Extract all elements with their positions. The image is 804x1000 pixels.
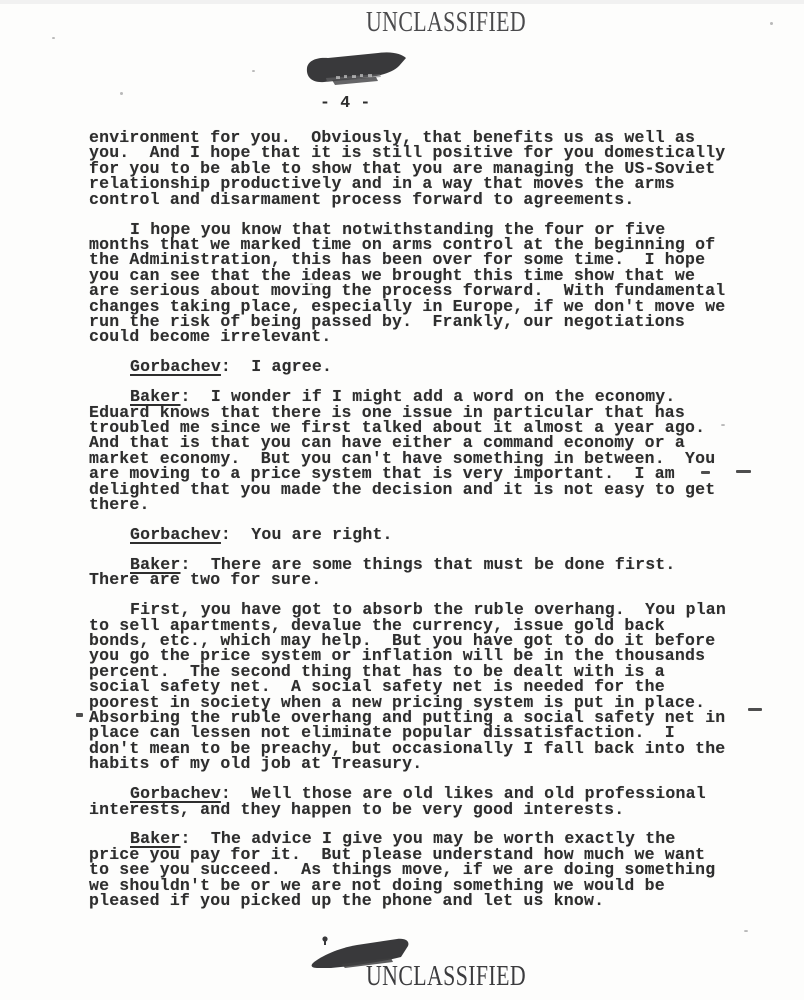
speech-gorbachev: Gorbachev: I agree.: [89, 359, 751, 374]
speech-baker: Baker: There are some things that must b…: [89, 557, 751, 588]
speech-text: You are right.: [231, 525, 393, 544]
speaker-name: Gorbachev: [130, 525, 221, 544]
scan-artifact-dash: [748, 708, 762, 711]
speaker-colon: :: [221, 525, 231, 544]
paragraph: First, you have got to absorb the ruble …: [89, 602, 751, 771]
speech-text: I agree.: [231, 357, 332, 376]
scan-speck: [310, 283, 313, 285]
speaker-colon: :: [221, 357, 231, 376]
scanned-document-page: UNCLASSIFIED - 4 - environment for you. …: [0, 0, 804, 1000]
scan-speck: [770, 22, 773, 25]
scan-speck: [252, 70, 255, 72]
transcript: environment for you. Obviously, that ben…: [89, 130, 751, 923]
speech-baker: Baker: I wonder if I might add a word on…: [89, 389, 751, 512]
scan-edge-band: [0, 0, 804, 4]
scan-speck: [52, 37, 55, 39]
page-number: - 4 -: [320, 93, 371, 112]
speech-gorbachev: Gorbachev: Well those are old likes and …: [89, 786, 751, 817]
scan-artifact-dash: [701, 471, 710, 474]
classification-banner-top: UNCLASSIFIED: [366, 7, 526, 39]
speaker-name: Gorbachev: [130, 357, 221, 376]
speech-baker: Baker: The advice I give you may be wort…: [89, 831, 751, 908]
classification-banner-bottom: UNCLASSIFIED: [366, 961, 526, 993]
scan-speck: [721, 424, 725, 426]
scan-artifact-dash: [76, 713, 83, 717]
paragraph: environment for you. Obviously, that ben…: [89, 130, 751, 207]
redaction-stamp-top: [302, 51, 410, 96]
scan-artifact-dash: [736, 470, 751, 473]
scan-speck: [744, 930, 748, 932]
speech-text: I wonder if I might add a word on the ec…: [89, 387, 715, 514]
scan-speck: [120, 92, 123, 95]
speech-gorbachev: Gorbachev: You are right.: [89, 527, 751, 542]
paragraph: I hope you know that notwithstanding the…: [89, 222, 751, 345]
redaction-marker-icon: [302, 51, 410, 91]
